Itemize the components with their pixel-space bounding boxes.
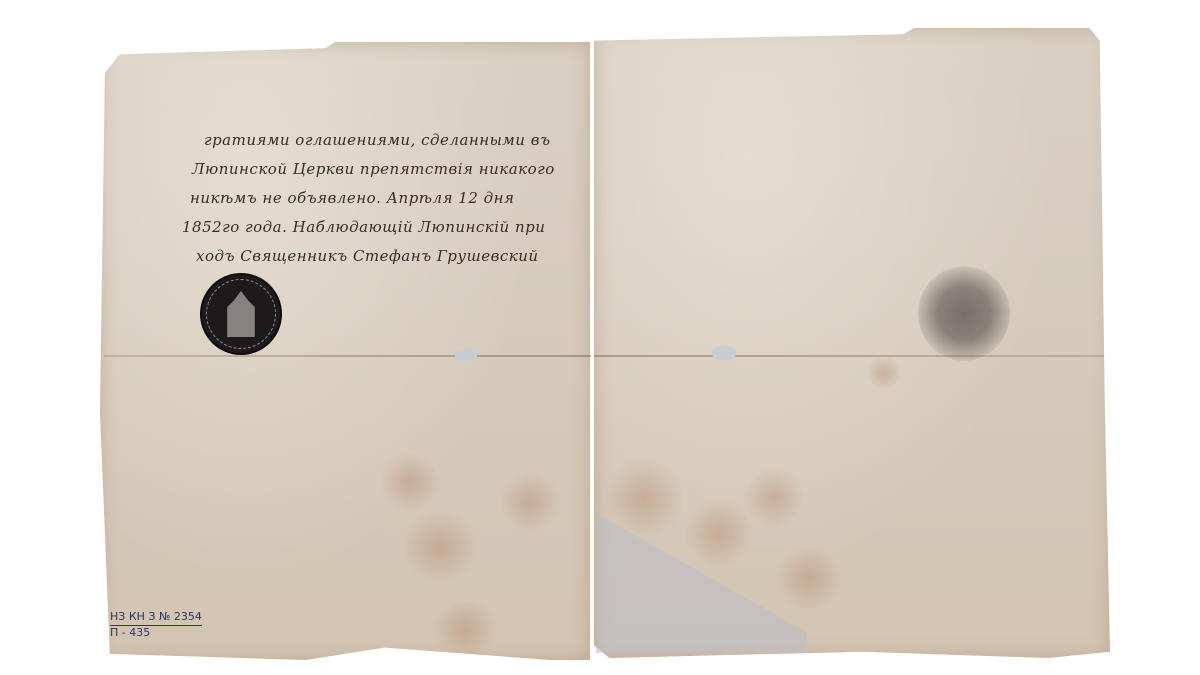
water-stain bbox=[380, 452, 440, 512]
archive-code: НЗ КН З № 2354 bbox=[110, 610, 202, 626]
handwritten-text: гратиями оглашениями, сделанными въ Люпи… bbox=[182, 126, 602, 271]
water-stain bbox=[744, 468, 804, 528]
paper-tear bbox=[712, 346, 736, 360]
faded-stamp-icon bbox=[918, 266, 1010, 361]
water-stain bbox=[500, 472, 560, 532]
water-stain bbox=[430, 602, 500, 657]
paper-tear bbox=[455, 349, 477, 361]
document-sheet: гратиями оглашениями, сделанными въ Люпи… bbox=[100, 18, 1112, 660]
water-stain bbox=[684, 498, 754, 568]
handwritten-line: гратиями оглашениями, сделанными въ bbox=[182, 126, 602, 155]
water-stain bbox=[774, 548, 844, 608]
water-stain bbox=[400, 512, 480, 582]
handwritten-line: никѣмъ не объявлено. Апрѣля 12 дня bbox=[182, 184, 602, 213]
archive-number: П - 435 bbox=[110, 626, 202, 640]
wax-seal-icon bbox=[202, 275, 280, 353]
handwritten-line: 1852го года. Наблюдающій Люпинскій при bbox=[182, 213, 602, 242]
water-stain bbox=[864, 358, 904, 388]
handwritten-line: ходъ Священникъ Стефанъ Грушевский bbox=[182, 242, 602, 271]
handwritten-line: Люпинской Церкви препятствія никакого bbox=[182, 155, 602, 184]
archive-inventory-mark: НЗ КН З № 2354 П - 435 bbox=[110, 610, 202, 640]
